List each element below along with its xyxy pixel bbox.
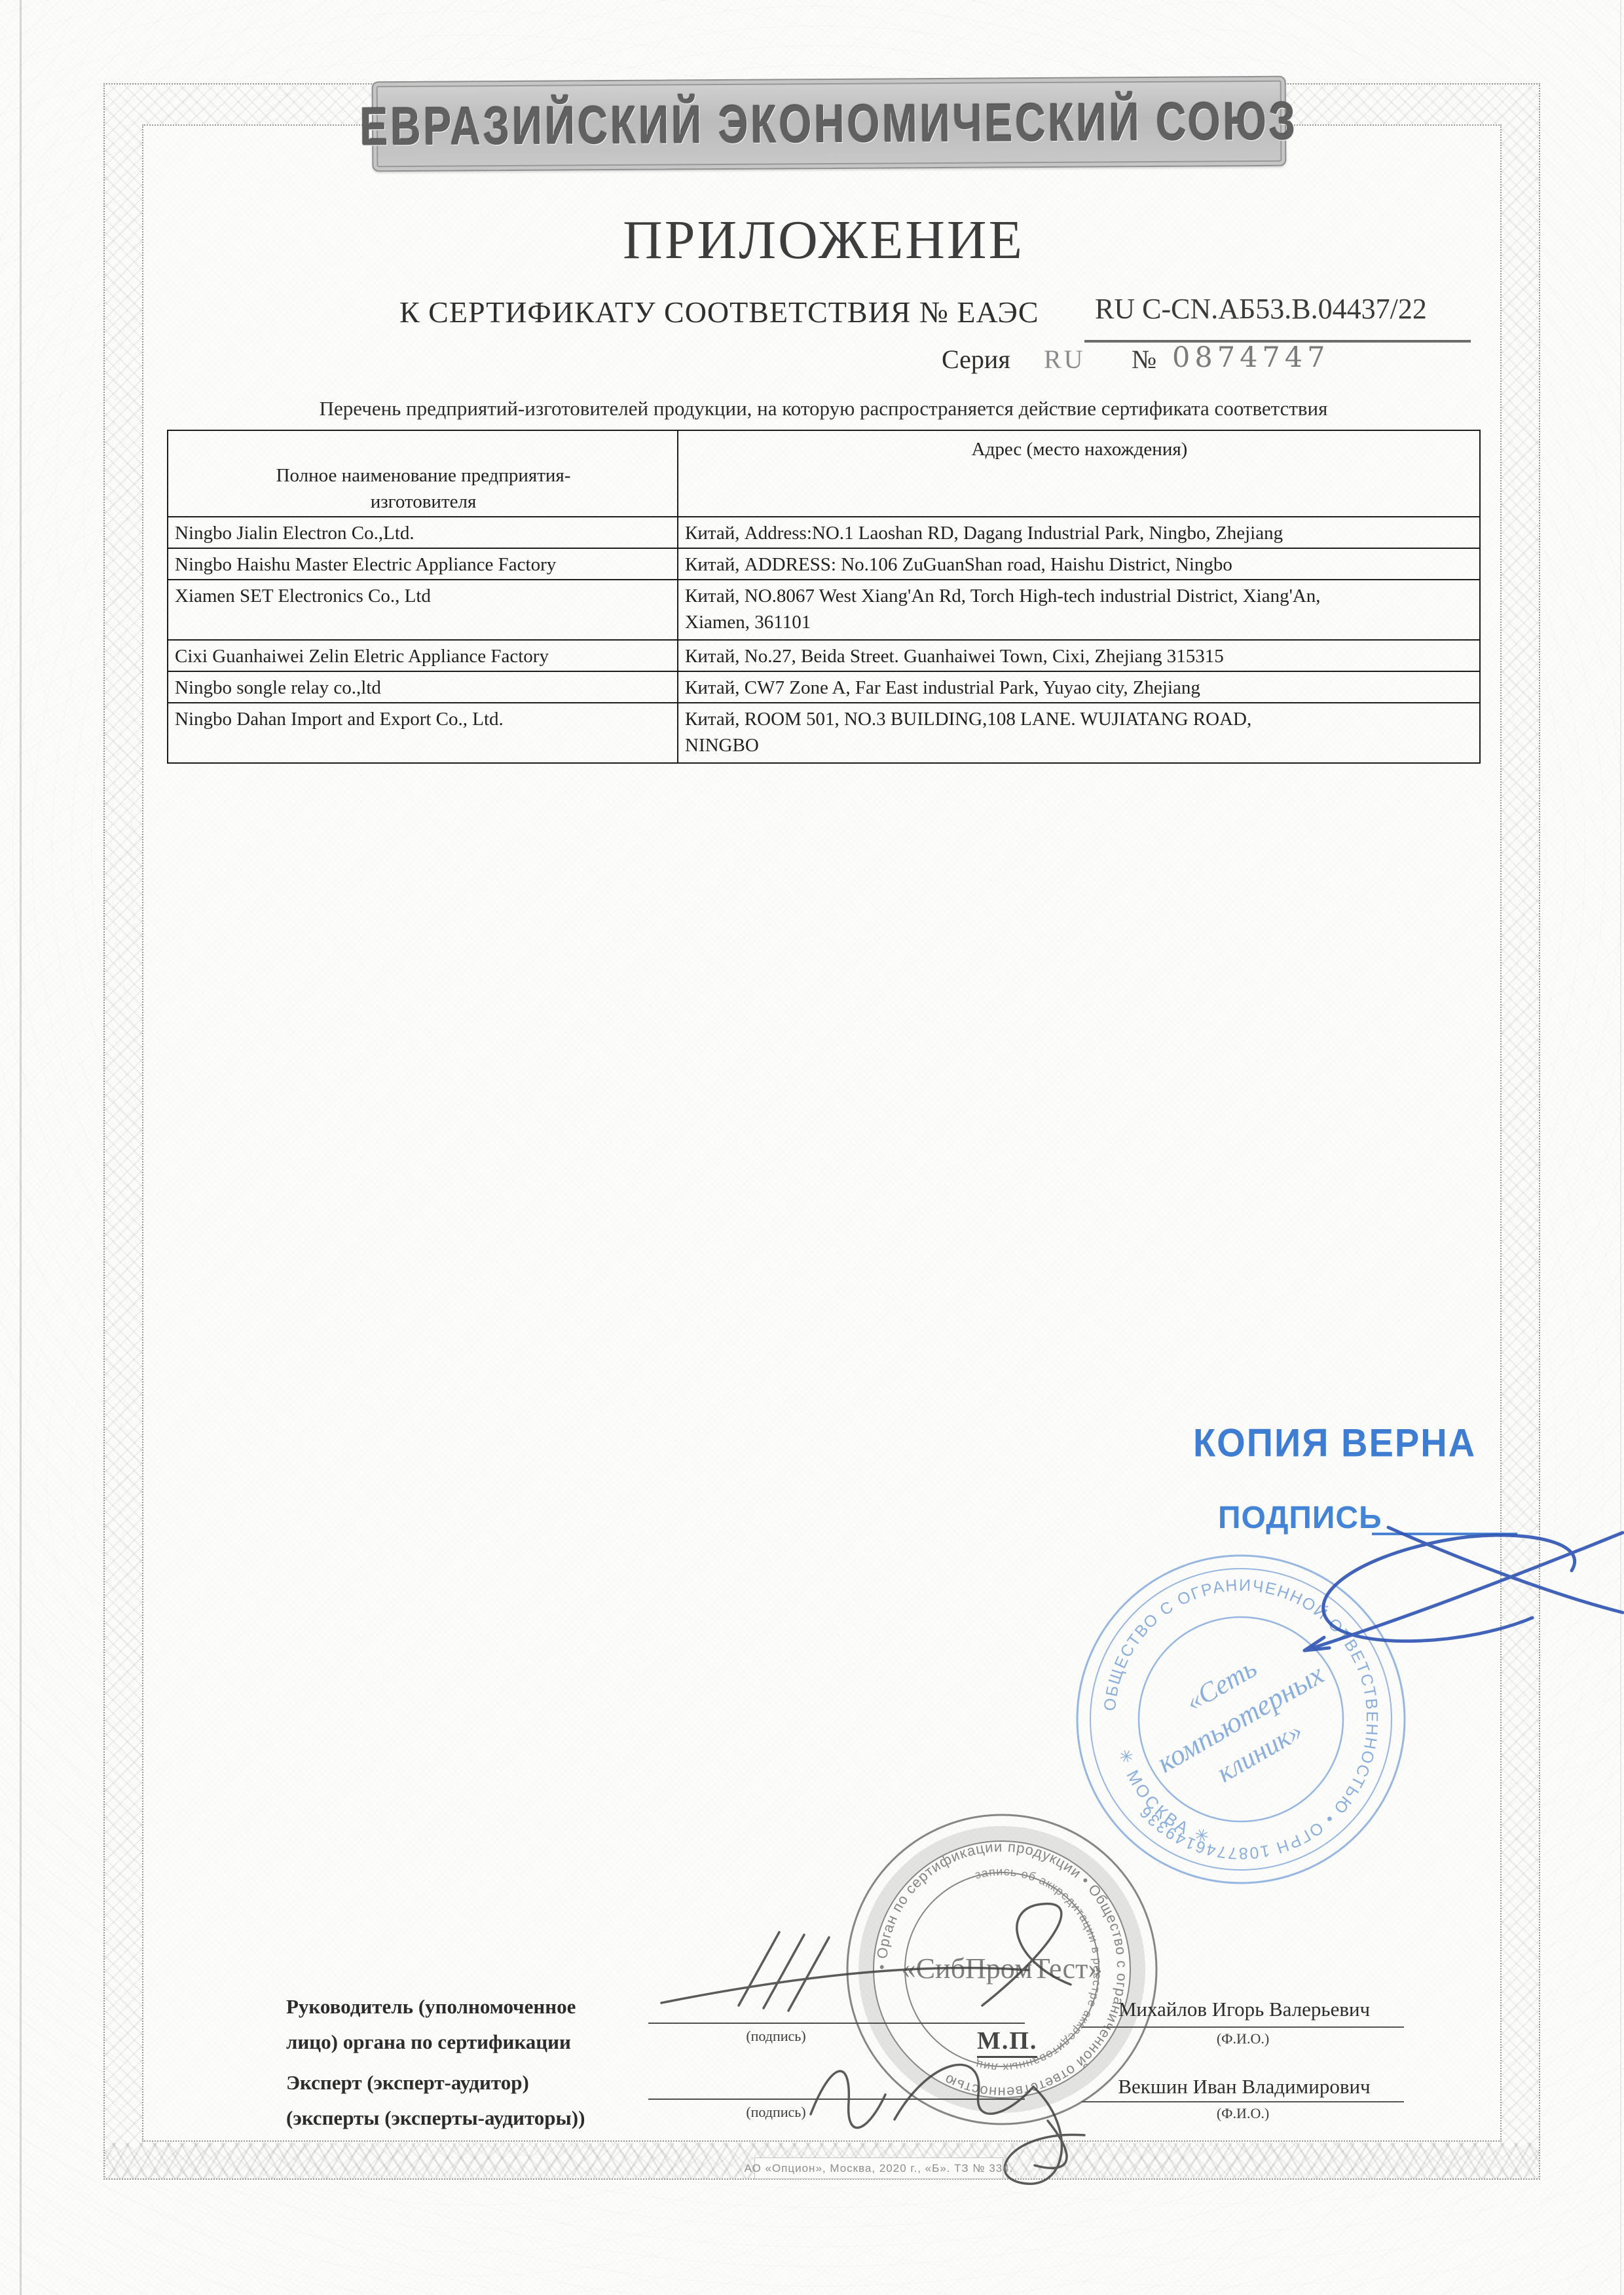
manufacturer-name: Ningbo songle relay co.,ltd bbox=[168, 671, 678, 703]
signer1-signature-caption: (подпись) bbox=[707, 2028, 845, 2045]
table-row: Cixi Guanhaiwei Zelin Eletric Appliance … bbox=[168, 640, 1480, 671]
manufacturer-address: Китай, CW7 Zone A, Far East industrial P… bbox=[678, 671, 1480, 703]
scan-edge-left bbox=[20, 0, 22, 2295]
column-header-address: Адрес (место нахождения) bbox=[678, 430, 1480, 517]
table-row: Ningbo Jialin Electron Co.,Ltd. Китай, A… bbox=[168, 517, 1480, 548]
manufacturer-name: Xiamen SET Electronics Co., Ltd bbox=[168, 580, 678, 640]
manufacturer-address: Китай, Address:NO.1 Laoshan RD, Dagang I… bbox=[678, 517, 1480, 548]
signer2-role-line1: Эксперт (эксперт-аудитор) bbox=[286, 2071, 529, 2095]
column-header-manufacturer: Полное наименование предприятия-изготови… bbox=[168, 430, 678, 517]
table-row: Ningbo songle relay co.,ltd Китай, CW7 Z… bbox=[168, 671, 1480, 703]
manufacturer-name: Ningbo Haishu Master Electric Appliance … bbox=[168, 548, 678, 580]
signer2-signature-line bbox=[648, 2099, 1025, 2100]
signer1-name: Михайлов Игорь Валерьевич bbox=[1074, 1998, 1414, 2021]
eaeu-banner-title: ЕВРАЗИЙСКИЙ ЭКОНОМИЧЕСКИЙ СОЮЗ bbox=[360, 90, 1299, 157]
eaeu-header-banner: ЕВРАЗИЙСКИЙ ЭКОНОМИЧЕСКИЙ СОЮЗ bbox=[372, 76, 1287, 172]
signer2-name-line bbox=[1082, 2101, 1404, 2102]
scan-edge-right bbox=[1620, 0, 1621, 2295]
mp-place-of-seal-label: М.П. bbox=[977, 2026, 1037, 2058]
certificate-appendix-page: ЕВРАЗИЙСКИЙ ЭКОНОМИЧЕСКИЙ СОЮЗ ПРИЛОЖЕНИ… bbox=[0, 0, 1624, 2295]
signer2-name-caption: (Ф.И.О.) bbox=[1082, 2105, 1404, 2122]
signer2-role-line2: (эксперты (эксперты-аудиторы)) bbox=[286, 2106, 585, 2130]
series-number-sign: № bbox=[1132, 344, 1156, 375]
manufacturer-name: Cixi Guanhaiwei Zelin Eletric Appliance … bbox=[168, 640, 678, 671]
podpis-stamp-text: ПОДПИСЬ bbox=[1218, 1500, 1382, 1536]
podpis-signature-line bbox=[1372, 1533, 1517, 1535]
signer2-name: Векшин Иван Владимирович bbox=[1074, 2075, 1414, 2099]
page-title: ПРИЛОЖЕНИЕ bbox=[167, 208, 1480, 272]
manufacturers-table: Полное наименование предприятия-изготови… bbox=[167, 430, 1481, 764]
manufacturer-address: Китай, NO.8067 West Xiang'An Rd, Torch H… bbox=[678, 580, 1480, 640]
signer1-role-line2: лицо) органа по сертификации bbox=[286, 2030, 571, 2054]
signer1-name-caption: (Ф.И.О.) bbox=[1082, 2030, 1404, 2047]
manufacturer-name: Ningbo Dahan Import and Export Co., Ltd. bbox=[168, 703, 678, 763]
series-value: RU bbox=[1044, 344, 1086, 375]
copy-verna-stamp-text: КОПИЯ ВЕРНА bbox=[1193, 1419, 1476, 1465]
table-row: Ningbo Haishu Master Electric Appliance … bbox=[168, 548, 1480, 580]
printer-fineprint: АО «Опцион», Москва, 2020 г., «Б». ТЗ № … bbox=[754, 2157, 1003, 2179]
column-header-manufacturer-label: Полное наименование предприятия-изготови… bbox=[253, 462, 594, 515]
intro-sentence: Перечень предприятий-изготовителей проду… bbox=[196, 397, 1450, 420]
manufacturer-address: Китай, ADDRESS: No.106 ZuGuanShan road, … bbox=[678, 548, 1480, 580]
manufacturer-address: Китай, No.27, Beida Street. Guanhaiwei T… bbox=[678, 640, 1480, 671]
table-header-row: Полное наименование предприятия-изготови… bbox=[168, 430, 1480, 517]
signer1-role-line1: Руководитель (уполномоченное bbox=[286, 1995, 576, 2019]
signer2-signature-caption: (подпись) bbox=[707, 2104, 845, 2121]
certificate-number: RU C-CN.АБ53.В.04437/22 bbox=[1095, 292, 1427, 326]
manufacturer-name: Ningbo Jialin Electron Co.,Ltd. bbox=[168, 517, 678, 548]
signer1-name-line bbox=[1082, 2026, 1404, 2028]
certificate-label: К СЕРТИФИКАТУ СООТВЕТСТВИЯ № ЕАЭС bbox=[399, 295, 1039, 329]
table-row: Ningbo Dahan Import and Export Co., Ltd.… bbox=[168, 703, 1480, 763]
manufacturer-address: Китай, ROOM 501, NO.3 BUILDING,108 LANE.… bbox=[678, 703, 1480, 763]
series-label: Серия bbox=[942, 344, 1010, 375]
content-area bbox=[142, 124, 1502, 2142]
table-row: Xiamen SET Electronics Co., Ltd Китай, N… bbox=[168, 580, 1480, 640]
series-number: 0874747 bbox=[1172, 341, 1330, 374]
signer1-signature-line bbox=[648, 2023, 1025, 2024]
